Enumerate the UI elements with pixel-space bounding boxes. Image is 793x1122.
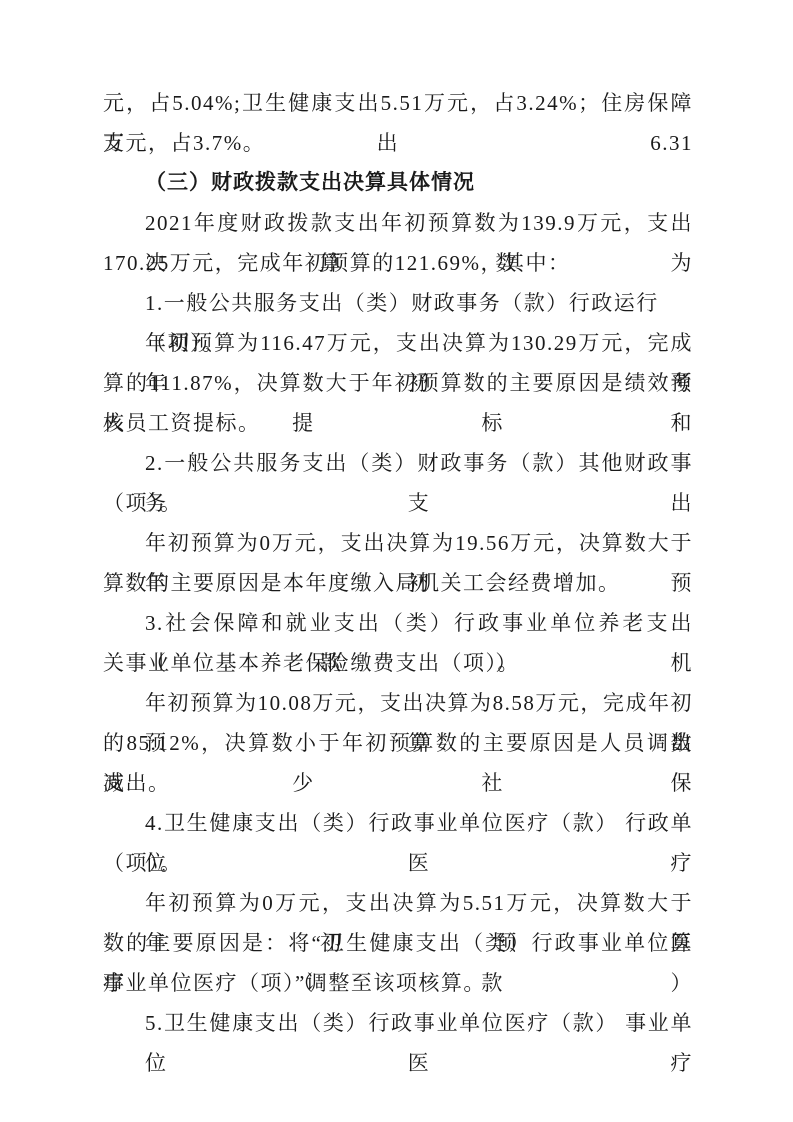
text-line: 年初预算为0万元，支出决算为5.51万元，决算数大于年初预算 — [103, 883, 693, 923]
paragraph-item-3-detail: 年初预算为10.08万元，支出决算为8.58万元，完成年初预算数 的85.12%… — [103, 683, 693, 803]
paragraph-item-4-detail: 年初预算为0万元，支出决算为5.51万元，决算数大于年初预算 数的主要原因是：将… — [103, 883, 693, 1003]
text-line: 2021年度财政拨款支出年初预算数为139.9万元，支出决算数为 — [103, 203, 693, 243]
section-heading: （三）财政拨款支出决算具体情况 — [103, 163, 693, 203]
text-line: 的85.12%，决算数小于年初预算数的主要原因是人员调出减少社保 — [103, 723, 693, 763]
section-heading-text: （三）财政拨款支出决算具体情况 — [103, 163, 693, 203]
document-body: 元，占5.04%;卫生健康支出5.51万元，占3.24%；住房保障支出6.31 … — [103, 83, 693, 1043]
text-line: 4.卫生健康支出（类）行政事业单位医疗（款） 行政单位医疗 — [103, 803, 693, 843]
paragraph-item-4-title: 4.卫生健康支出（类）行政事业单位医疗（款） 行政单位医疗 （项）。 — [103, 803, 693, 883]
text-line: 年初预算为0万元，支出决算为19.56万元，决算数大于年初预 — [103, 523, 693, 563]
paragraph-item-2-detail: 年初预算为0万元，支出决算为19.56万元，决算数大于年初预 算数的主要原因是本… — [103, 523, 693, 603]
paragraph-item-2-title: 2.一般公共服务支出（类）财政事务（款）其他财政事务支出 （项）。 — [103, 443, 693, 523]
paragraph-item-3-title: 3.社会保障和就业支出（类）行政事业单位养老支出（款）机 关事业单位基本养老保险… — [103, 603, 693, 683]
paragraph-item-1-detail: 年初预算为116.47万元，支出决算为130.29万元，完成年初预 算的111.… — [103, 323, 693, 443]
paragraph-item-1-title: 1.一般公共服务支出（类）财政事务（款）行政运行（项）。 — [103, 283, 693, 323]
paragraph-overview: 2021年度财政拨款支出年初预算数为139.9万元，支出决算数为 170.25万… — [103, 203, 693, 283]
text-line: 3.社会保障和就业支出（类）行政事业单位养老支出（款）机 — [103, 603, 693, 643]
text-line: 年初预算为116.47万元，支出决算为130.29万元，完成年初预 — [103, 323, 693, 363]
text-line: 2.一般公共服务支出（类）财政事务（款）其他财政事务支出 — [103, 443, 693, 483]
text-line: 算的111.87%，决算数大于年初预算数的主要原因是绩效考核提标和 — [103, 363, 693, 403]
text-line: 数的主要原因是：将“卫生健康支出（类）行政事业单位医疗（款） — [103, 923, 693, 963]
text-line: 元，占5.04%;卫生健康支出5.51万元，占3.24%；住房保障支出6.31 — [103, 83, 693, 123]
paragraph-item-5-title: 5.卫生健康支出（类）行政事业单位医疗（款） 事业单位医疗 — [103, 1003, 693, 1043]
paragraph-continuation: 元，占5.04%;卫生健康支出5.51万元，占3.24%；住房保障支出6.31 … — [103, 83, 693, 163]
text-line: 5.卫生健康支出（类）行政事业单位医疗（款） 事业单位医疗 — [103, 1003, 693, 1043]
text-line: 1.一般公共服务支出（类）财政事务（款）行政运行（项）。 — [103, 283, 693, 323]
document-page: 元，占5.04%;卫生健康支出5.51万元，占3.24%；住房保障支出6.31 … — [0, 0, 793, 1122]
text-line: 算数的主要原因是本年度缴入局机关工会经费增加。 — [103, 563, 693, 603]
text-line: 年初预算为10.08万元，支出决算为8.58万元，完成年初预算数 — [103, 683, 693, 723]
